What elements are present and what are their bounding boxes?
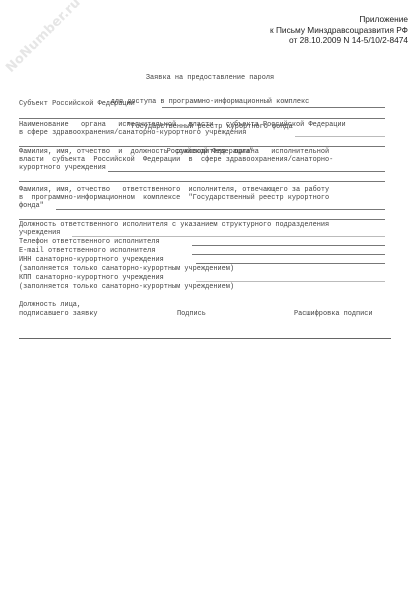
signature-line (19, 338, 391, 339)
inn-note: (заполняется только санаторно-курортным … (19, 265, 234, 273)
signer-position-line-1: Должность лица, (19, 301, 81, 309)
subject-label: Субъект Российской Федерации (19, 100, 135, 108)
appendix-letter: к Письму Минздравсоцразвития РФ (270, 25, 408, 36)
divider (19, 118, 385, 119)
appendix-date-number: от 28.10.2009 N 14-5/10/2-8474 (270, 35, 408, 46)
email-field[interactable] (192, 254, 385, 255)
title-line-1: Заявка на предоставление пароля (0, 74, 420, 82)
position-label-line-1: Должность ответственного исполнителя с у… (19, 221, 329, 229)
inn-label: ИНН санаторно-курортного учреждения (19, 256, 164, 264)
kpp-field[interactable] (196, 281, 385, 282)
signature-label: Подпись (177, 310, 206, 318)
position-field[interactable] (72, 236, 385, 237)
divider (19, 181, 385, 182)
resp-label-line-2: в программно-информационном комплексе "Г… (19, 194, 329, 202)
organ-field[interactable] (295, 136, 385, 137)
signature-decode-label: Расшифровка подписи (294, 310, 373, 318)
organ-label-line-2: в сфере здравоохранения/санаторно-курорт… (19, 129, 246, 137)
email-label: E-mail ответственного исполнителя (19, 247, 155, 255)
head-label-line-3: курортного учреждения (19, 164, 106, 172)
divider (19, 219, 385, 220)
divider (19, 146, 385, 147)
position-label-line-2: учреждения (19, 229, 60, 237)
subject-field[interactable] (162, 107, 385, 108)
phone-label: Телефон ответственного исполнителя (19, 238, 160, 246)
head-field[interactable] (108, 171, 385, 172)
kpp-note: (заполняется только санаторно-курортным … (19, 283, 234, 291)
resp-label-line-3: фонда" (19, 202, 44, 210)
appendix-label: Приложение (270, 14, 408, 25)
resp-field[interactable] (56, 209, 385, 210)
kpp-label: КПП санаторно-курортного учреждения (19, 274, 164, 282)
inn-field[interactable] (196, 263, 385, 264)
signer-position-line-2: подписавшего заявку (19, 310, 98, 318)
appendix-header: Приложение к Письму Минздравсоцразвития … (270, 14, 408, 46)
phone-field[interactable] (192, 245, 385, 246)
